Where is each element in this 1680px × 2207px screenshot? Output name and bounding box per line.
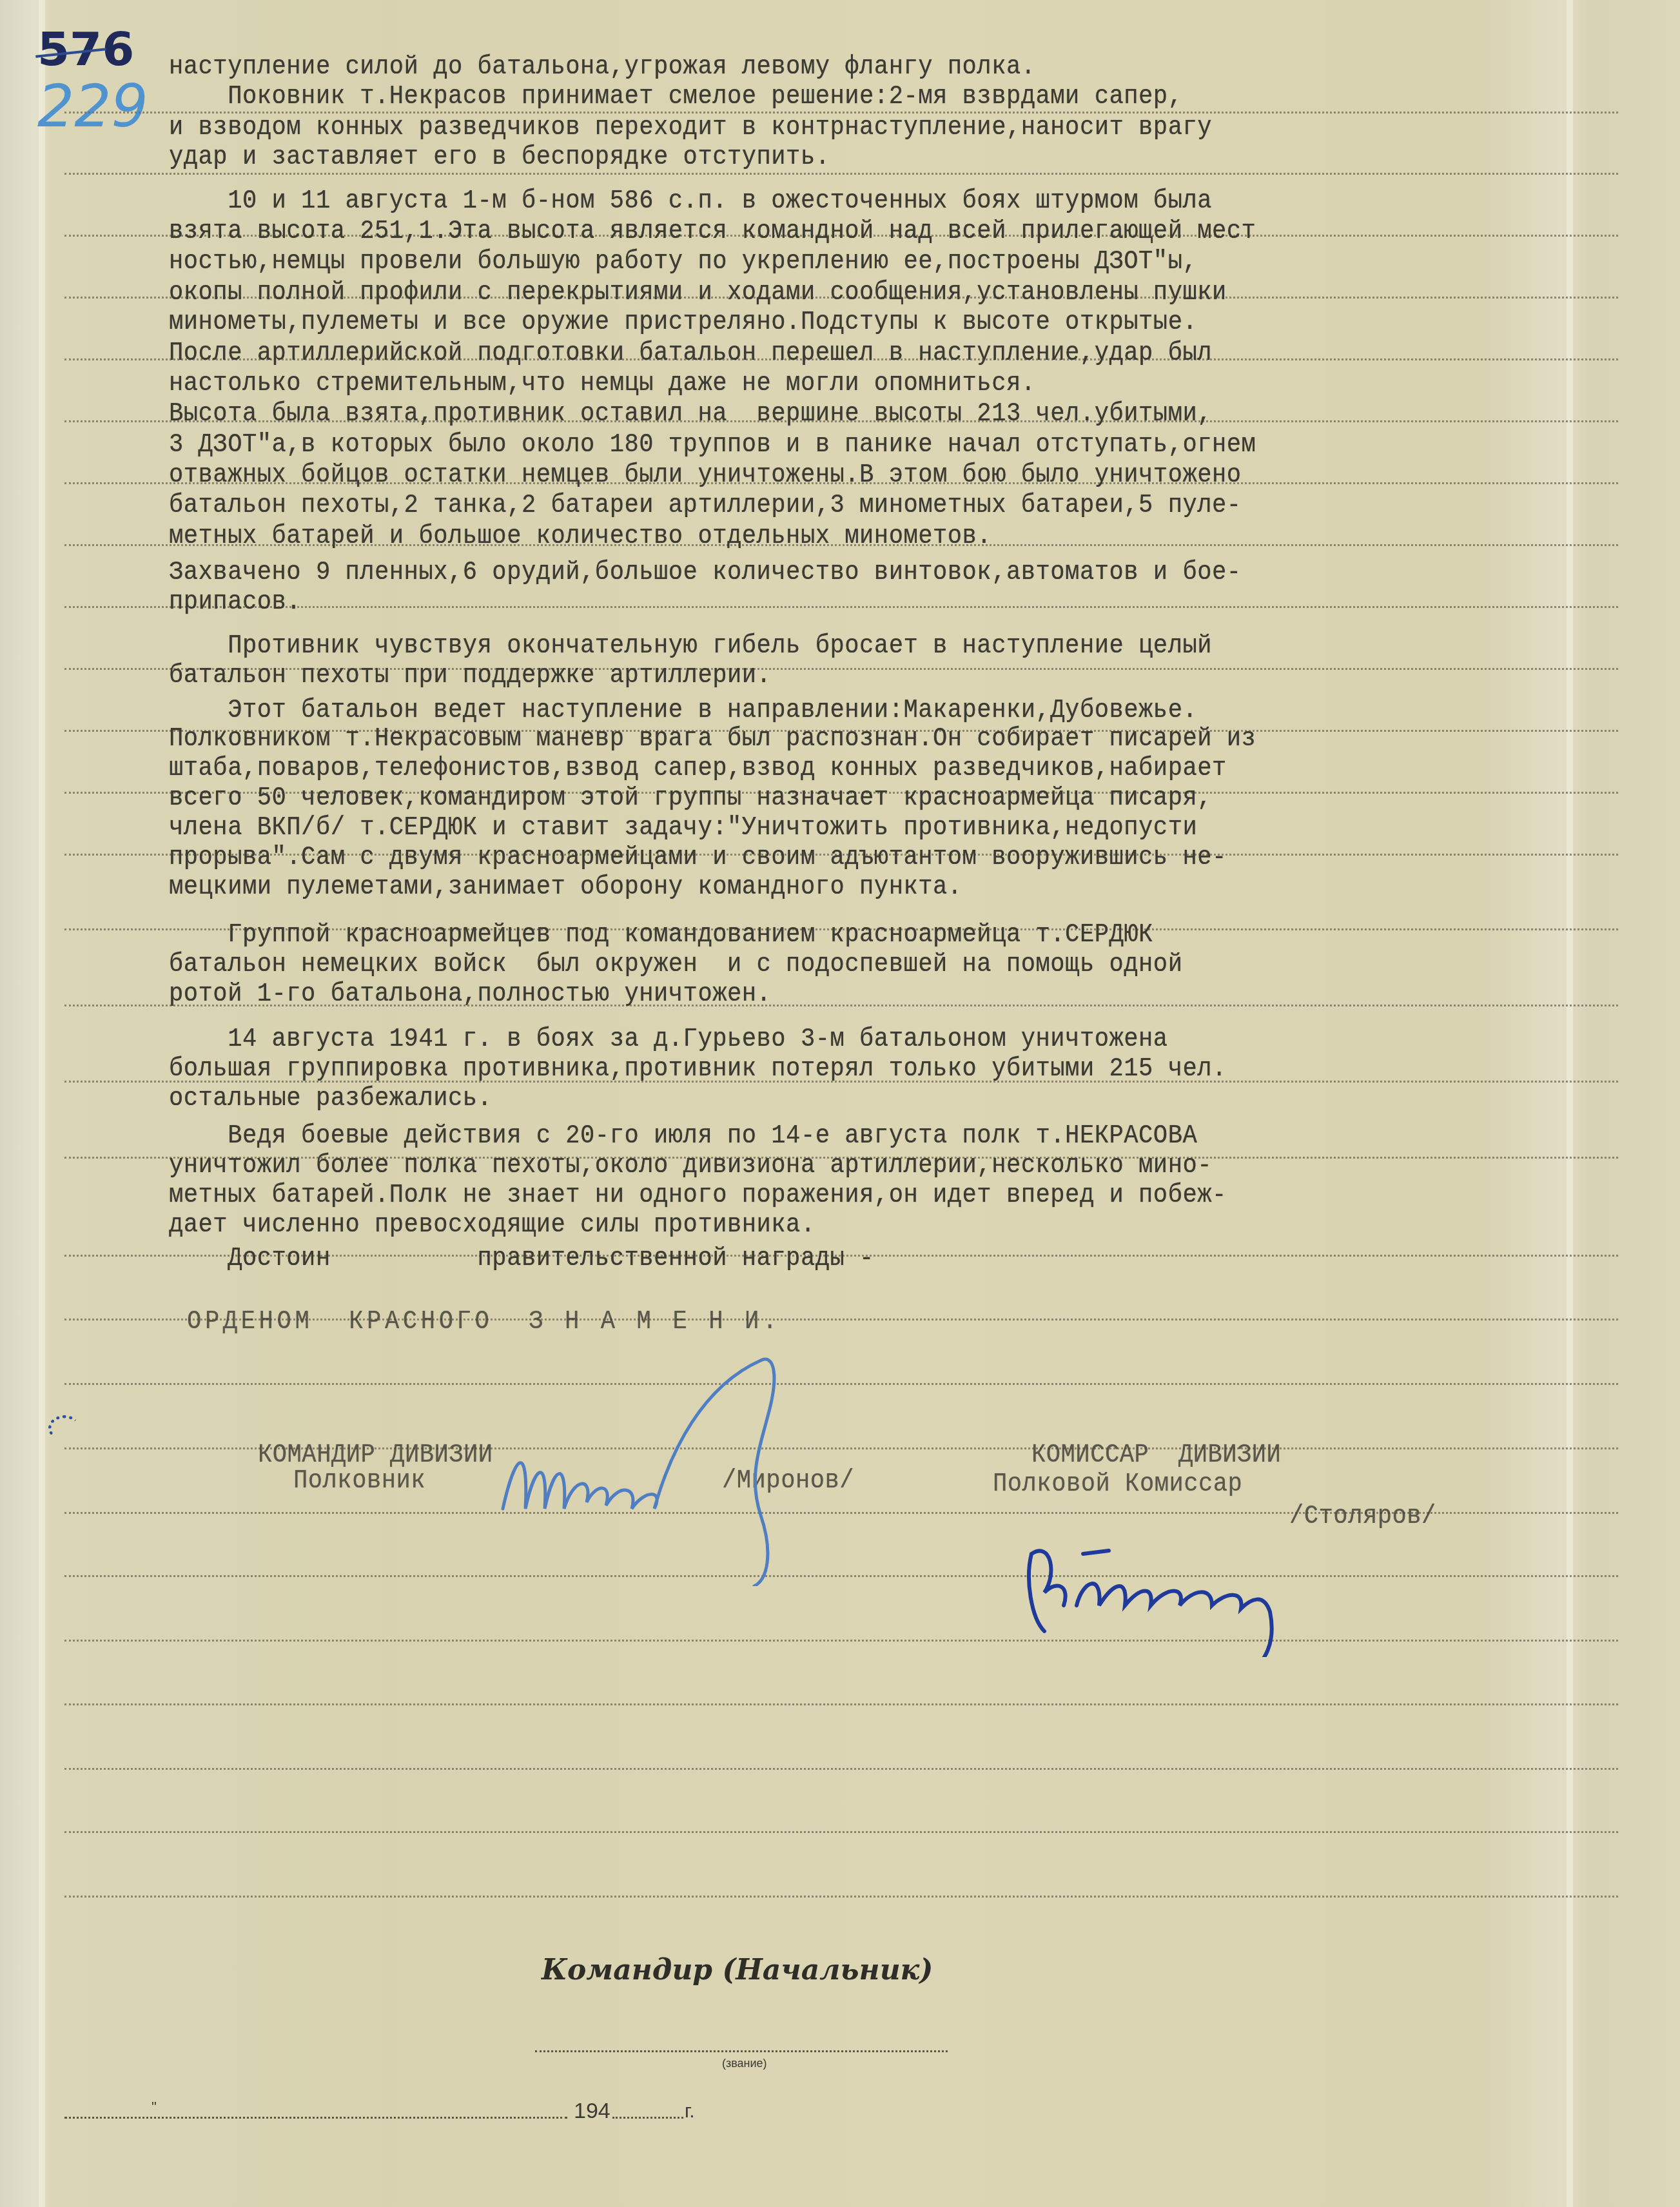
body-line: большая группировка противника,противник… (169, 1055, 1227, 1084)
body-line: 3 ДЗОТ"а,в которых было около 180 труппо… (169, 431, 1256, 460)
body-line: батальон пехоты при поддержке артиллерии… (169, 662, 771, 691)
body-line: батальон пехоты,2 танка,2 батареи артилл… (169, 491, 1242, 521)
body-line: 14 августа 1941 г. в боях за д.Гурьево 3… (169, 1025, 1168, 1055)
commander-label: Командир (Начальник) (542, 1954, 933, 1986)
body-line: 10 и 11 августа 1-м б-ном 586 с.п. в оже… (169, 187, 1212, 217)
body-line: штаба,поваров,телефонистов,взвод сапер,в… (169, 754, 1227, 784)
body-line: уничтожил более полка пехоты,около дивиз… (169, 1152, 1212, 1181)
body-line: окопы полной профили с перекрытиями и хо… (169, 279, 1227, 308)
body-line: Высота была взята,противник оставил на в… (169, 400, 1212, 429)
rank-caption: (звание) (722, 2057, 767, 2070)
form-rule (64, 1831, 1618, 1833)
year-suffix: г. (685, 2101, 695, 2123)
signature-stolyarov (1019, 1515, 1418, 1657)
archive-number-blue: 229 (37, 84, 148, 130)
body-line: Захвачено 9 пленных,6 орудий,большое кол… (169, 558, 1242, 588)
form-rule (64, 1383, 1618, 1385)
body-line: Противник чувствуя окончательную гибель … (169, 632, 1212, 662)
body-line: члена ВКП/б/ т.СЕРДЮК и ставит задачу:"У… (169, 814, 1197, 843)
body-line: и взводом конных разведчиков переходит в… (169, 113, 1212, 143)
body-line: дает численно превосходящие силы противн… (169, 1211, 816, 1241)
body-line: Поковник т.Некрасов принимает смелое реш… (169, 83, 1182, 112)
award-intro-line: Достоин правительственной награды - (169, 1244, 874, 1274)
form-rule (64, 1768, 1618, 1770)
body-line: всего 50 человек,командиром этой группы … (169, 784, 1212, 814)
body-line: Группой красноармейцев под командованием… (169, 921, 1153, 950)
body-line: наступление силой до батальона,угрожая л… (169, 53, 1036, 83)
signature-mironov (490, 1348, 812, 1586)
year-prefix: 194 (574, 2099, 610, 2124)
date-quote-mark: " (151, 2099, 157, 2115)
document-page: 576 229 наступление силой до батальона,у… (0, 0, 1680, 2207)
right-signer-rank: Полковой Комиссар (993, 1470, 1242, 1500)
right-signer-title: КОМИССАР ДИВИЗИИ (1031, 1441, 1281, 1471)
body-line: Ведя боевые действия с 20-го июля по 14-… (169, 1122, 1197, 1152)
archive-number-crossed: 576 (37, 26, 134, 72)
form-rule (64, 1703, 1618, 1705)
body-line: удар и заставляет его в беспорядке отсту… (169, 143, 830, 173)
date-line (64, 2117, 567, 2119)
body-line: метных батарей.Полк не знает ни одного п… (169, 1181, 1227, 1211)
body-line: отважных бойцов остатки немцев были унич… (169, 461, 1242, 491)
rank-line (535, 2050, 948, 2052)
body-line: настолько стремительным,что немцы даже н… (169, 369, 1036, 399)
stamp-fragment (48, 1415, 81, 1441)
body-line: После артиллерийской подготовки батальон… (169, 339, 1212, 369)
body-line: Этот батальон ведет наступление в направ… (169, 696, 1197, 726)
form-rule (64, 173, 1618, 175)
year-line (612, 2117, 683, 2119)
form-rule (64, 1896, 1618, 1898)
body-line: взята высота 251,1.Эта высота является к… (169, 217, 1256, 247)
body-line: Полковником т.Некрасовым маневр врага бы… (169, 725, 1256, 754)
award-name: ОРДЕНОМ КРАСНОГО З Н А М Е Н И. (187, 1308, 781, 1337)
body-line: минометы,пулеметы и все оружие пристреля… (169, 308, 1197, 338)
left-signer-rank: Полковник (293, 1467, 425, 1496)
body-line: мецкими пулеметами,занимает оборону кома… (169, 873, 962, 903)
paper-fold-right (1567, 0, 1573, 2207)
body-line: прорыва".Сам с двумя красноармейцами и с… (169, 843, 1227, 873)
body-line: метных батарей и большое количество отде… (169, 522, 991, 552)
body-line: батальон немецких войск был окружен и с … (169, 950, 1182, 980)
body-line: остальные разбежались. (169, 1084, 492, 1114)
body-line: ностью,немцы провели большую работу по у… (169, 248, 1197, 277)
paper-fold-left (39, 0, 45, 2207)
body-line: ротой 1-го батальона,полностью уничтожен… (169, 980, 771, 1010)
body-line: припасов. (169, 588, 301, 618)
